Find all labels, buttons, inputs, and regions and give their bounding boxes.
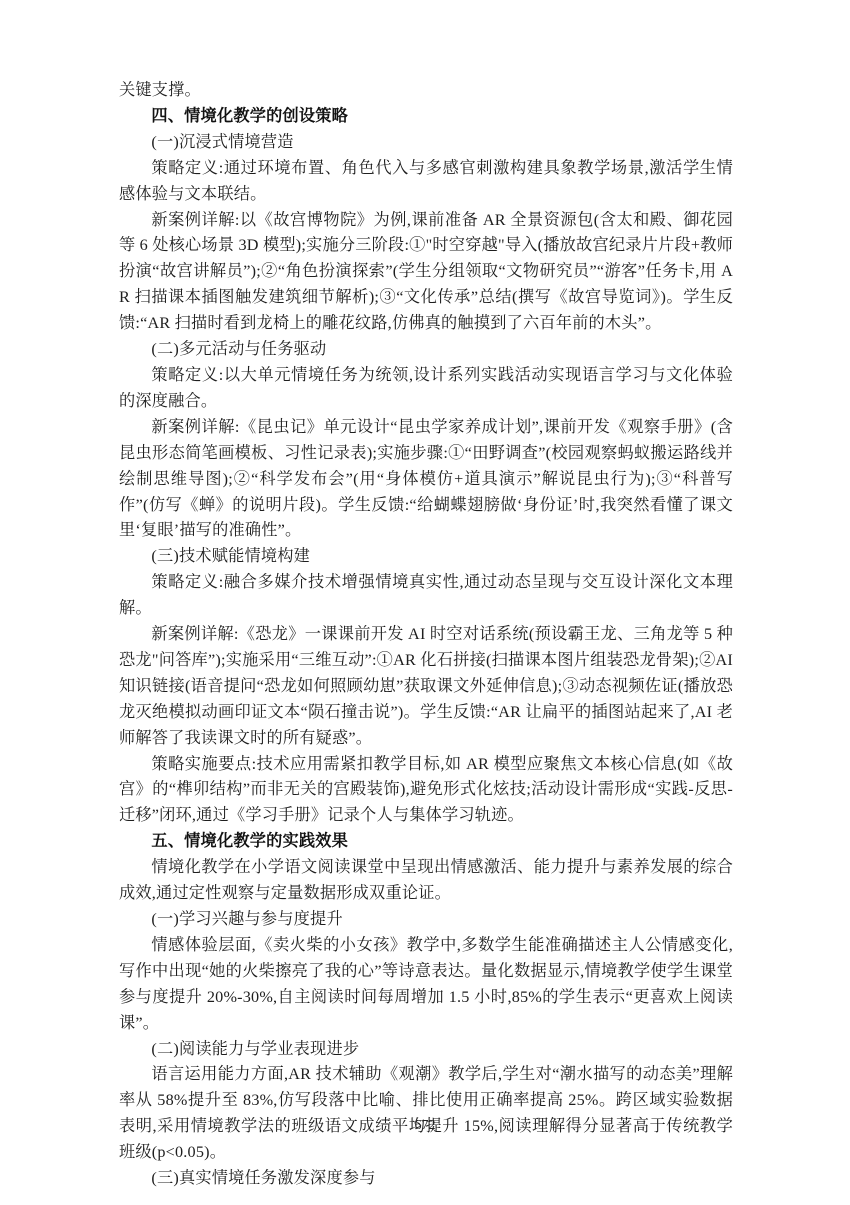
- paragraph-implementation-points: 策略实施要点:技术应用需紧扣教学目标,如 AR 模型应聚焦文本核心信息(如《故宫…: [119, 752, 733, 830]
- section-heading-5: 五、情境化教学的实践效果: [119, 829, 733, 855]
- subsection-heading-5-3: (三)真实情境任务激发深度参与: [119, 1166, 733, 1192]
- paragraph-case-detail-2: 新案例详解:《昆虫记》单元设计“昆虫学家养成计划”,课前开发《观察手册》(含昆虫…: [119, 415, 733, 545]
- subsection-heading-4-3: (三)技术赋能情境构建: [119, 544, 733, 570]
- page-body-text: 关键支撑。 四、情境化教学的创设策略 (一)沉浸式情境营造 策略定义:通过环境布…: [119, 78, 733, 1192]
- paragraph-case-detail-1: 新案例详解:以《故宫博物院》为例,课前准备 AR 全景资源包(含太和殿、御花园等…: [119, 208, 733, 338]
- paragraph-strategy-definition-2: 策略定义:以大单元情境任务为统领,设计系列实践活动实现语言学习与文化体验的深度融…: [119, 363, 733, 415]
- paragraph-reading-ability: 语言运用能力方面,AR 技术辅助《观潮》教学后,学生对“潮水描写的动态美”理解率…: [119, 1062, 733, 1166]
- section-heading-4: 四、情境化教学的创设策略: [119, 104, 733, 130]
- paragraph-continuation: 关键支撑。: [119, 78, 733, 104]
- paragraph-strategy-definition-1: 策略定义:通过环境布置、角色代入与多感官刺激构建具象教学场景,激活学生情感体验与…: [119, 156, 733, 208]
- paragraph-interest-participation: 情感体验层面,《卖火柴的小女孩》教学中,多数学生能准确描述主人公情感变化,写作中…: [119, 933, 733, 1037]
- paper-page: 关键支撑。 四、情境化教学的创设策略 (一)沉浸式情境营造 策略定义:通过环境布…: [0, 0, 850, 1205]
- paragraph-strategy-definition-3: 策略定义:融合多媒介技术增强情境真实性,通过动态呈现与交互设计深化文本理解。: [119, 570, 733, 622]
- page-number: 672: [0, 1116, 850, 1136]
- subsection-heading-4-2: (二)多元活动与任务驱动: [119, 337, 733, 363]
- paragraph-case-detail-3: 新案例详解:《恐龙》一课课前开发 AI 时空对话系统(预设霸王龙、三角龙等 5 …: [119, 622, 733, 752]
- subsection-heading-5-2: (二)阅读能力与学业表现进步: [119, 1037, 733, 1063]
- subsection-heading-4-1: (一)沉浸式情境营造: [119, 130, 733, 156]
- subsection-heading-5-1: (一)学习兴趣与参与度提升: [119, 907, 733, 933]
- paragraph-practice-effect-intro: 情境化教学在小学语文阅读课堂中呈现出情感激活、能力提升与素养发展的综合成效,通过…: [119, 855, 733, 907]
